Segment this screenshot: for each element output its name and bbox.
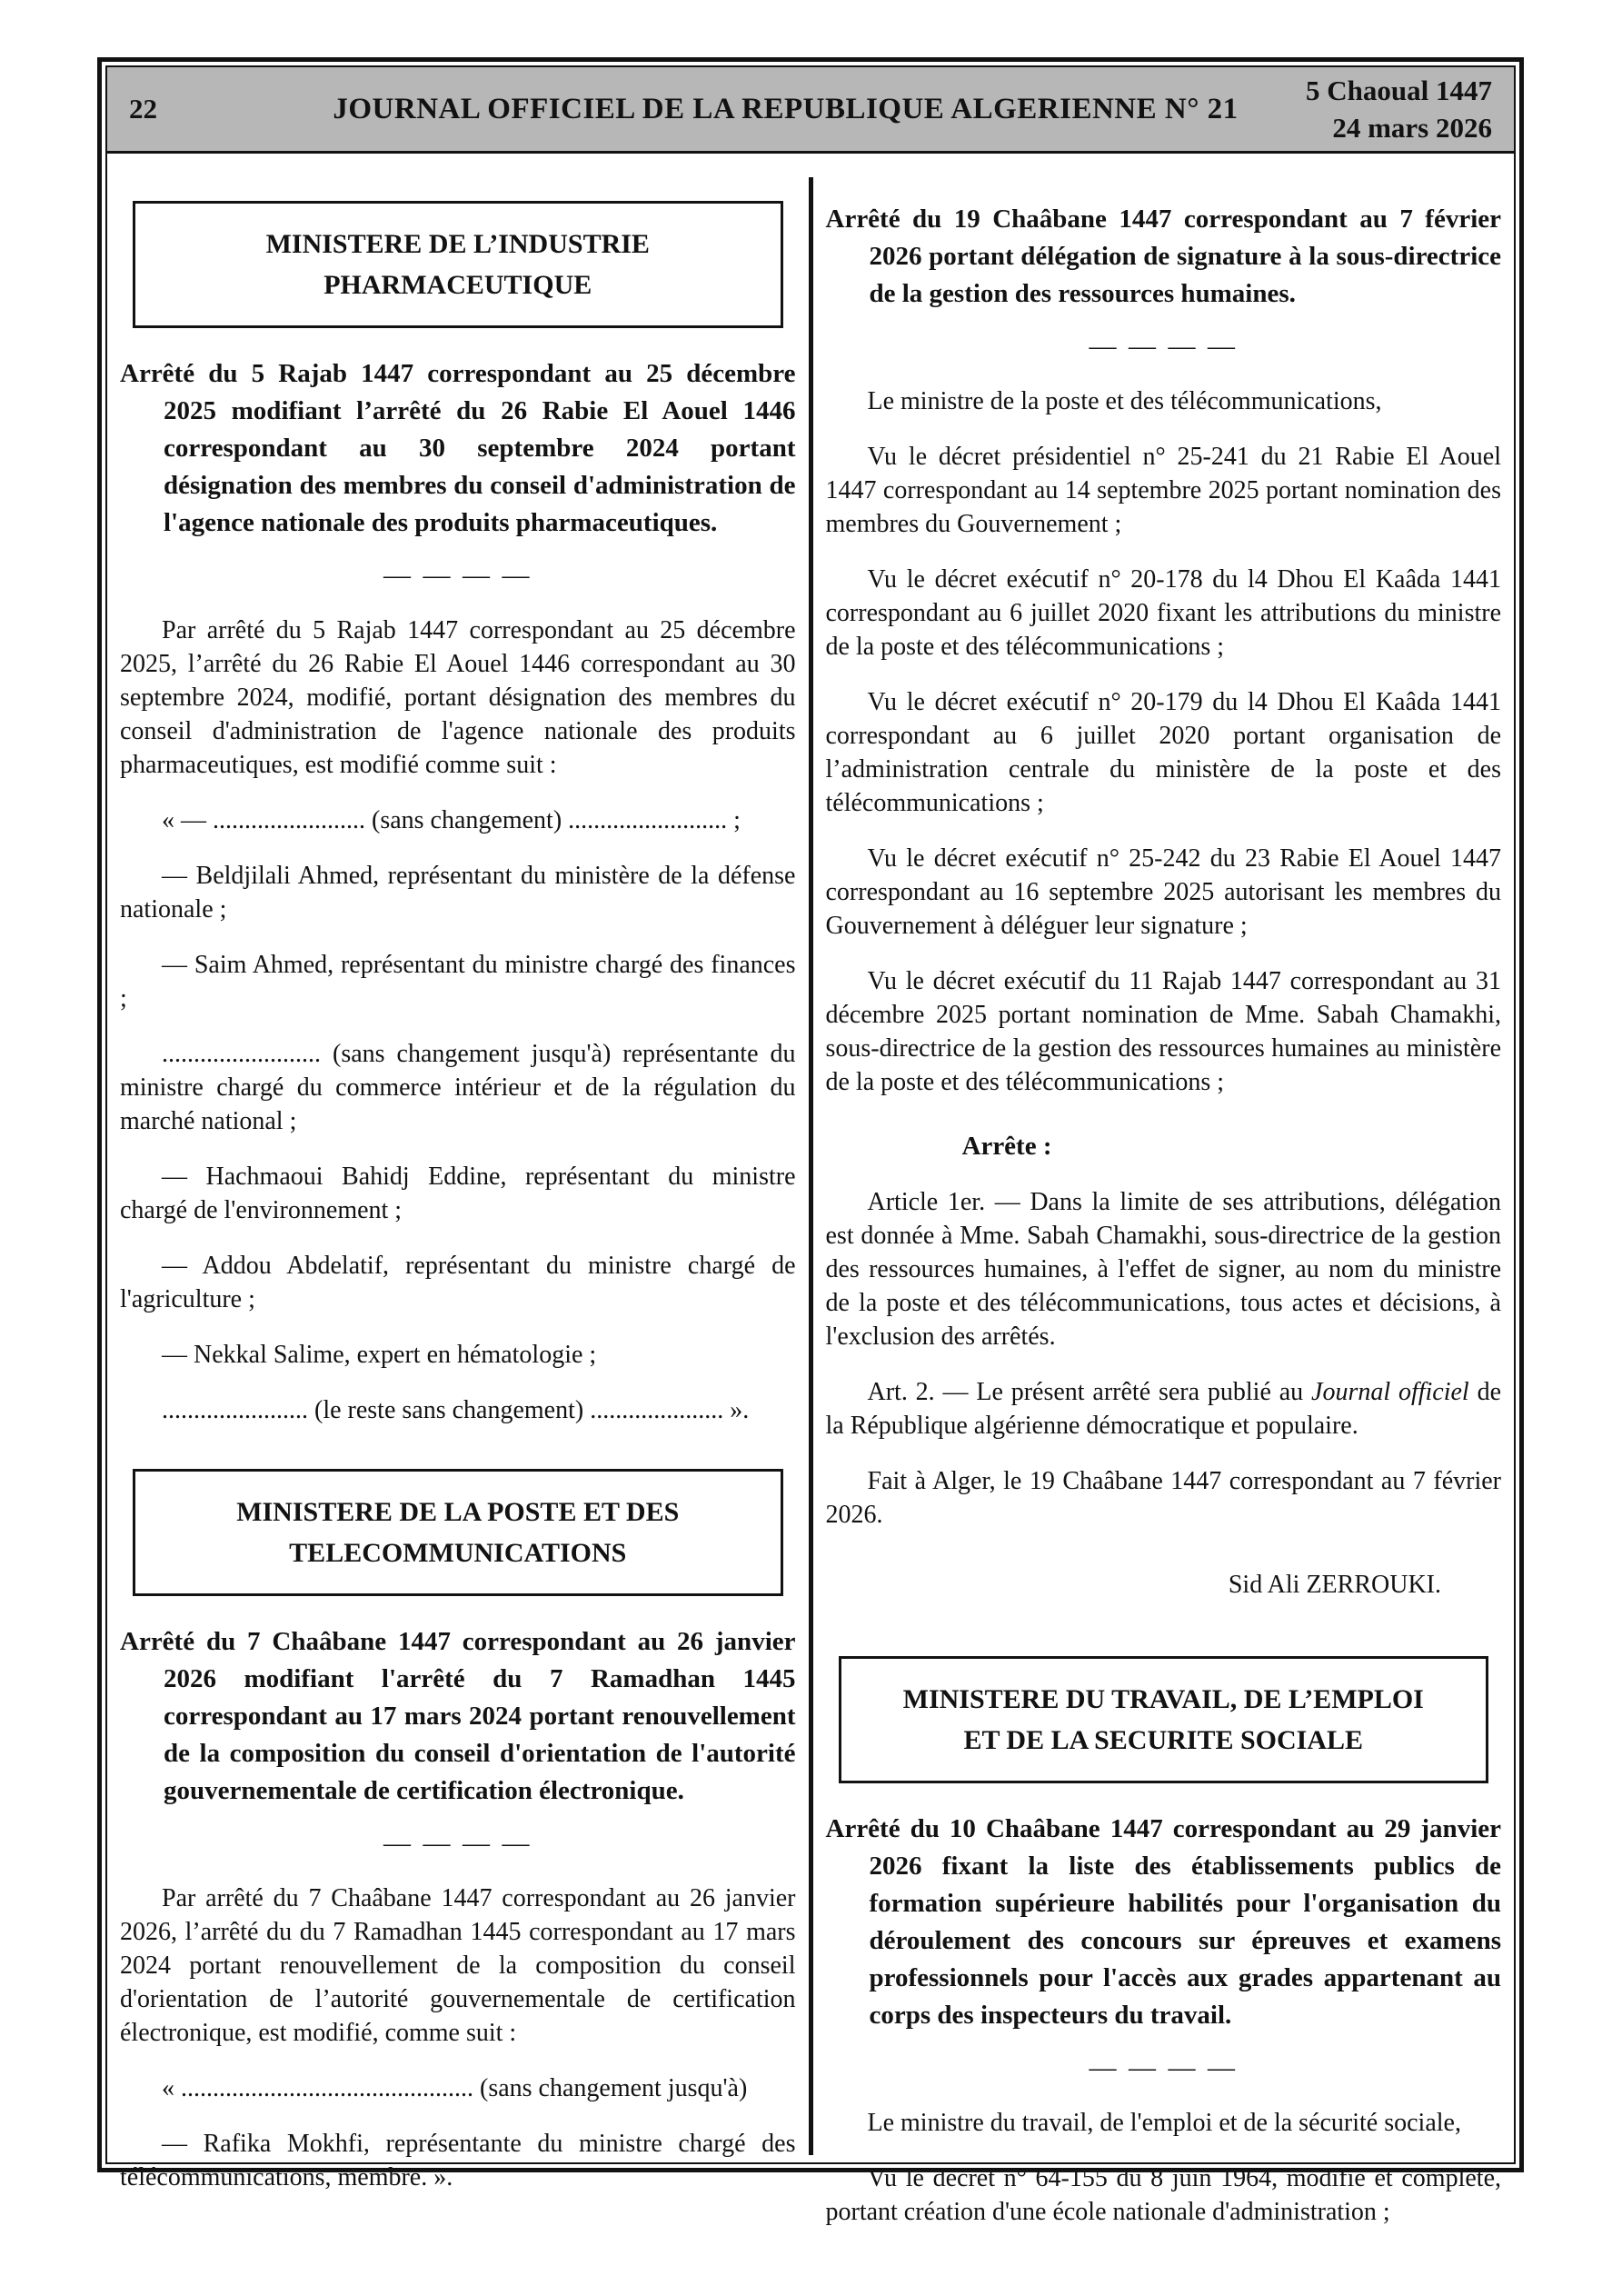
date-gregorian: 24 mars 2026	[1306, 109, 1492, 146]
section-separator: — — — —	[826, 2051, 1502, 2084]
paragraph: Par arrêté du 7 Chaâbane 1447 correspond…	[120, 1882, 796, 2050]
date-hijri: 5 Chaoual 1447	[1306, 72, 1492, 109]
column-left: MINISTERE DE L’INDUSTRIE PHARMACEUTIQUE …	[107, 154, 809, 2162]
paragraph: Le ministre du travail, de l'emploi et d…	[826, 2106, 1502, 2140]
arrete-title: Arrêté du 19 Chaâbane 1447 correspondant…	[826, 201, 1502, 313]
arrete-label: Arrête :	[826, 1130, 1502, 1163]
ministry-box-line: MINISTERE DU TRAVAIL, DE L’EMPLOI	[849, 1679, 1479, 1720]
page-content: MINISTERE DE L’INDUSTRIE PHARMACEUTIQUE …	[107, 154, 1514, 2162]
paragraph: Vu le décret exécutif n° 20-178 du l4 Dh…	[826, 563, 1502, 664]
paragraph: Vu le décret exécutif n° 25-242 du 23 Ra…	[826, 842, 1502, 943]
paragraph: Fait à Alger, le 19 Chaâbane 1447 corres…	[826, 1464, 1502, 1532]
paragraph: — Rafika Mokhfi, représentante du minist…	[120, 2127, 796, 2194]
masthead: 22 JOURNAL OFFICIEL DE LA REPUBLIQUE ALG…	[107, 67, 1514, 154]
arrete-title: Arrêté du 7 Chaâbane 1447 correspondant …	[120, 1623, 796, 1810]
ministry-box-line: ET DE LA SECURITE SOCIALE	[849, 1720, 1479, 1761]
arrete-title: Arrêté du 10 Chaâbane 1447 correspondant…	[826, 1811, 1502, 2034]
section-separator: — — — —	[826, 329, 1502, 363]
ministry-box-poste-telecommunications: MINISTERE DE LA POSTE ET DES TELECOMMUNI…	[133, 1469, 783, 1596]
paragraph: ....................... (le reste sans c…	[120, 1393, 796, 1427]
ministry-box-line: TELECOMMUNICATIONS	[143, 1532, 773, 1573]
journal-title: JOURNAL OFFICIEL DE LA REPUBLIQUE ALGERI…	[265, 93, 1306, 126]
page-frame: 22 JOURNAL OFFICIEL DE LA REPUBLIQUE ALG…	[97, 57, 1524, 2172]
ministry-box-line: MINISTERE DE L’INDUSTRIE	[143, 224, 773, 265]
signature: Sid Ali ZERROUKI.	[826, 1568, 1502, 1602]
column-right: Arrêté du 19 Chaâbane 1447 correspondant…	[813, 154, 1515, 2162]
paragraph: Vu le décret n° 64-155 du 8 juin 1964, m…	[826, 2161, 1502, 2229]
paragraph: — Hachmaoui Bahidj Eddine, représentant …	[120, 1160, 796, 1227]
section-separator: — — — —	[120, 558, 796, 592]
page-number: 22	[129, 93, 265, 125]
paragraph: — Saim Ahmed, représentant du ministre c…	[120, 948, 796, 1015]
ministry-box-line: MINISTERE DE LA POSTE ET DES	[143, 1492, 773, 1532]
ministry-box-travail-securite-sociale: MINISTERE DU TRAVAIL, DE L’EMPLOI ET DE …	[839, 1656, 1489, 1783]
masthead-dates: 5 Chaoual 1447 24 mars 2026	[1306, 72, 1492, 146]
paragraph: ......................... (sans changeme…	[120, 1037, 796, 1138]
paragraph: « — ........................ (sans chang…	[120, 804, 796, 837]
paragraph: Article 1er. — Dans la limite de ses att…	[826, 1185, 1502, 1353]
paragraph: Vu le décret exécutif n° 20-179 du l4 Dh…	[826, 685, 1502, 820]
page-frame-inner: 22 JOURNAL OFFICIEL DE LA REPUBLIQUE ALG…	[105, 65, 1516, 2164]
ministry-box-line: PHARMACEUTIQUE	[143, 265, 773, 305]
paragraph: Vu le décret exécutif du 11 Rajab 1447 c…	[826, 964, 1502, 1099]
section-separator: — — — —	[120, 1826, 796, 1860]
ministry-box-industrie-pharmaceutique: MINISTERE DE L’INDUSTRIE PHARMACEUTIQUE	[133, 201, 783, 328]
paragraph: — Addou Abdelatif, représentant du minis…	[120, 1249, 796, 1316]
paragraph: Vu le décret présidentiel n° 25-241 du 2…	[826, 440, 1502, 541]
paragraph: Par arrêté du 5 Rajab 1447 correspondant…	[120, 614, 796, 782]
journal-officiel-italic: Journal officiel	[1311, 1378, 1469, 1406]
paragraph: « ......................................…	[120, 2071, 796, 2105]
paragraph-article-2: Art. 2. — Le présent arrêté sera publié …	[826, 1375, 1502, 1442]
arrete-title: Arrêté du 5 Rajab 1447 correspondant au …	[120, 355, 796, 542]
article-2-text: Art. 2. — Le présent arrêté sera publié …	[868, 1378, 1312, 1406]
paragraph: — Beldjilali Ahmed, représentant du mini…	[120, 859, 796, 926]
paragraph: — Nekkal Salime, expert en hématologie ;	[120, 1338, 796, 1372]
paragraph: Le ministre de la poste et des télécommu…	[826, 384, 1502, 418]
